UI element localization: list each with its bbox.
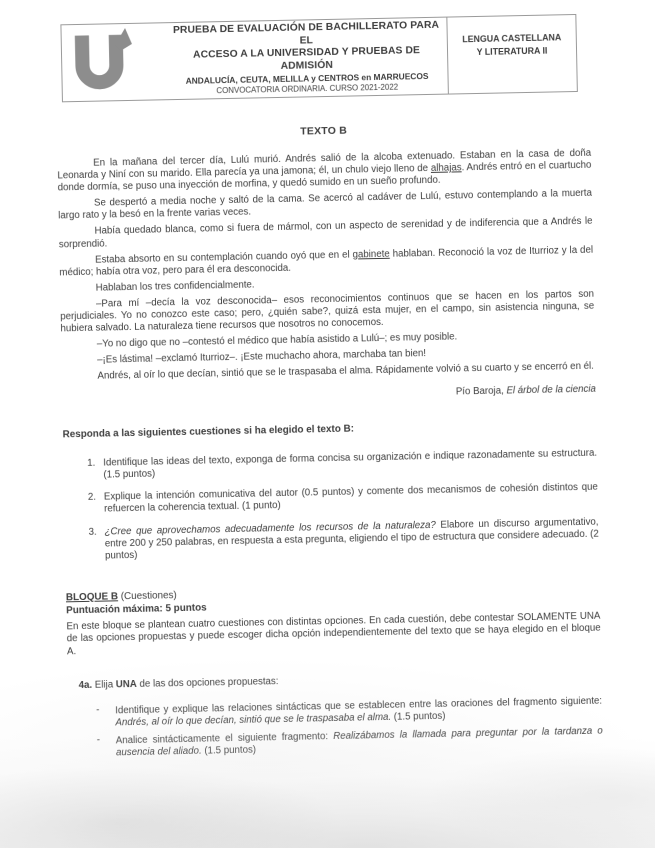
question-text: Explique la intención comunicativa del a… bbox=[104, 482, 598, 515]
option-bullet: - bbox=[97, 734, 100, 746]
texto-b-paragraphs: En la mañana del tercer día, Lulú murió.… bbox=[57, 148, 595, 384]
question-item: 1. Identifique las ideas del texto, expo… bbox=[63, 447, 597, 482]
scanned-exam-page: PRUEBA DE EVALUACIÓN DE BACHILLERATO PAR… bbox=[0, 0, 655, 848]
attribution: Pío Baroja, El árbol de la ciencia bbox=[62, 383, 596, 405]
question-number: 1. bbox=[87, 457, 95, 469]
question-text: Identifique las ideas del texto, exponga… bbox=[103, 447, 597, 480]
option-item: - Identifique y explique las relaciones … bbox=[68, 696, 602, 731]
question-number: 2. bbox=[88, 492, 96, 504]
question-text: ¿Cree que aprovechamos adecuadamente los… bbox=[104, 516, 598, 562]
document-body: TEXTO B En la mañana del tercer día, Lul… bbox=[54, 0, 603, 766]
texto-paragraph: –Para mí –decía la voz desconocida– esos… bbox=[60, 289, 595, 336]
paper-sheet: PRUEBA DE EVALUACIÓN DE BACHILLERATO PAR… bbox=[0, 0, 655, 848]
bloque-b-intro: En este bloque se plantean cuatro cuesti… bbox=[66, 611, 601, 659]
texto-paragraph: En la mañana del tercer día, Lulú murió.… bbox=[57, 148, 592, 195]
question-4a-options: - Identifique y explique las relaciones … bbox=[68, 696, 603, 761]
questions-list: 1. Identifique las ideas del texto, expo… bbox=[63, 447, 599, 564]
option-bullet: - bbox=[96, 705, 99, 717]
option-text: Analice sintácticamente el siguiente fra… bbox=[116, 725, 603, 758]
option-text: Identifique y explique las relaciones si… bbox=[115, 696, 602, 729]
questions-heading: Responda a las siguientes cuestiones si … bbox=[63, 418, 597, 440]
question-4a-label: 4a. Elija UNA de las dos opciones propue… bbox=[68, 670, 602, 692]
section-title: TEXTO B bbox=[57, 120, 591, 143]
question-item: 2. Explique la intención comunicativa de… bbox=[64, 482, 598, 517]
question-item: 3. ¿Cree que aprovechamos adecuadamente … bbox=[64, 516, 599, 564]
question-number: 3. bbox=[88, 526, 96, 538]
bloque-b-section: BLOQUE B (Cuestiones) Puntuación máxima:… bbox=[66, 581, 601, 658]
option-item: - Analice sintácticamente el siguiente f… bbox=[69, 725, 603, 760]
